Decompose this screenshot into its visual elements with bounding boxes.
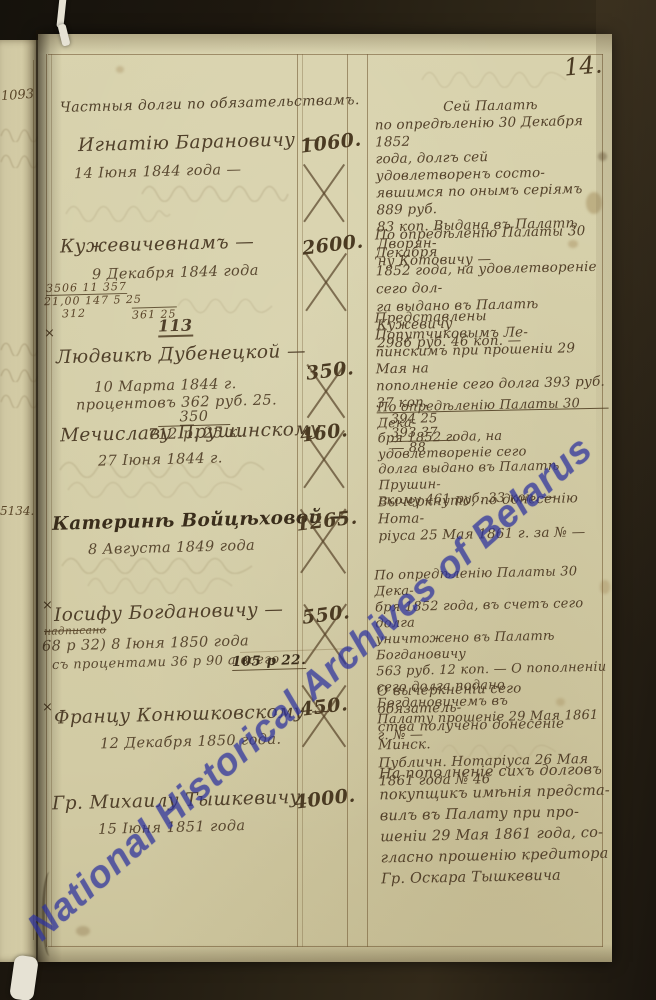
stain bbox=[568, 240, 578, 248]
binding-gutter-shadow bbox=[36, 30, 62, 970]
margin-fragment: 1093 bbox=[1, 87, 35, 104]
note-block: На пополненіе сихъ долговъ покупщикъ имѣ… bbox=[379, 760, 614, 891]
bleed-squiggle bbox=[58, 458, 268, 478]
margin-fragment: 5134. bbox=[0, 504, 34, 518]
calc-line: 312 bbox=[62, 307, 86, 321]
binding-thread bbox=[9, 955, 39, 1000]
notes-column-left-line bbox=[367, 54, 368, 947]
bleed-squiggle bbox=[0, 126, 38, 142]
bleed-squiggle bbox=[0, 366, 38, 382]
stain bbox=[116, 66, 124, 73]
cross-out-mark bbox=[292, 500, 354, 582]
note-line: явшимся по онымъ серіямъ 889 руб. bbox=[376, 181, 609, 220]
note-line: пинскимъ при прошеніи 29 Мая на bbox=[375, 340, 608, 379]
bleed-squiggle bbox=[60, 554, 255, 574]
table-top-line bbox=[48, 54, 603, 55]
note-block: Вычеркнуто, по донесенію Нота- ріуса 25 … bbox=[377, 490, 610, 546]
cross-out-mark bbox=[298, 236, 354, 328]
bleed-squiggle bbox=[0, 340, 38, 356]
bleed-squiggle bbox=[0, 152, 38, 168]
cross-out-mark bbox=[294, 668, 354, 763]
cross-out-mark bbox=[296, 418, 352, 500]
stain bbox=[600, 580, 610, 594]
bleed-squiggle bbox=[420, 68, 570, 88]
bleed-squiggle bbox=[176, 296, 276, 314]
archival-scan: 1093 5134. 14. Частныя долги по обязател… bbox=[0, 0, 656, 1000]
calc-total: 113 bbox=[158, 316, 193, 338]
note-line: 1852 года, на удовлетвореніе сего дол- bbox=[375, 258, 608, 299]
previous-page-edge: 1093 5134. bbox=[0, 40, 40, 962]
note-line: по опредѣленію 30 Декабря 1852 bbox=[375, 113, 608, 152]
bleed-squiggle bbox=[440, 742, 560, 760]
stain bbox=[598, 152, 607, 161]
note-line: долга выдано въ Палатѣ Прушин- bbox=[378, 458, 611, 494]
note-line: года, долгъ сей удовлетворенъ состо- bbox=[375, 147, 608, 186]
note-line: По опредѣленію Палаты 30 Дека- bbox=[374, 564, 607, 601]
table-bottom-line bbox=[48, 946, 603, 947]
note-line: бря 1852 года, въ счетъ сего долга bbox=[375, 596, 608, 633]
bleed-squiggle bbox=[140, 182, 290, 202]
stain bbox=[556, 698, 565, 706]
note-line: По опредѣленію Палаты 30 Дека- bbox=[377, 396, 610, 432]
page-crease bbox=[42, 872, 57, 956]
note-line: Вычеркнуто, по донесенію Нота- bbox=[377, 490, 610, 529]
note-line: уничтожено въ Палатѣ Богдановичу bbox=[376, 628, 609, 665]
bleed-squiggle bbox=[86, 574, 236, 594]
bleed-squiggle bbox=[64, 202, 174, 222]
note-line: О вычеркненіи сего обязатель- bbox=[377, 678, 610, 719]
cross-out-mark bbox=[296, 596, 354, 672]
bleed-squiggle bbox=[0, 392, 38, 408]
sliver-rule-line bbox=[33, 60, 34, 940]
cross-out-mark bbox=[296, 150, 352, 235]
stain bbox=[586, 192, 602, 214]
note-line: Представлены Попутчиковымъ Ле- bbox=[374, 306, 607, 345]
note-line: бря 1852 года, на удовлетвореніе сего bbox=[378, 427, 611, 463]
stain bbox=[76, 926, 90, 936]
bleed-squiggle bbox=[66, 478, 246, 498]
